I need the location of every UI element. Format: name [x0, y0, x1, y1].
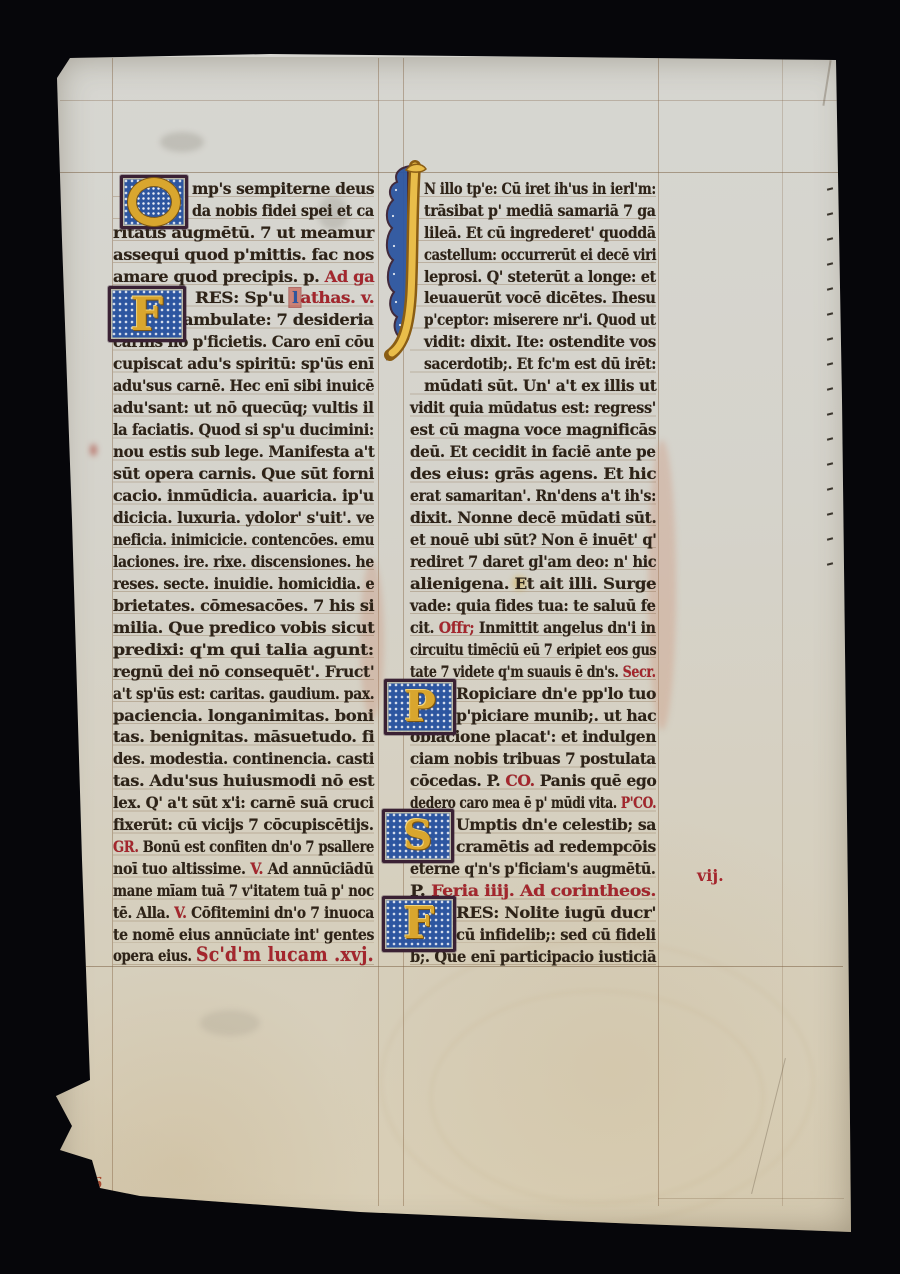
- pricking-dash: [827, 312, 833, 315]
- text-line: assequi quod p'mittis. fac nos: [113, 241, 360, 263]
- ruling-line: [782, 58, 783, 1206]
- illuminated-initial-O: [120, 175, 188, 229]
- pricking-dash: [827, 212, 833, 215]
- pricking-dash: [827, 387, 833, 390]
- text-line: fixerūt: cū vicijs 7 cōcupiscētijs.: [113, 812, 379, 834]
- manuscript-photo: mp's sempiterne deusda nobis fidei spei …: [0, 0, 900, 1274]
- stain: [160, 132, 204, 152]
- water-stain: [430, 990, 764, 1204]
- text-line: adu'sus carnē. Hec enī sibi inuicē: [113, 373, 392, 395]
- text-line: dedero caro mea ē p' mūdi vita. P'CO.: [410, 790, 721, 812]
- text-line: Ropiciare dn'e pp'lo tuo: [456, 680, 654, 702]
- scratch: [751, 1058, 786, 1194]
- initial-letter: F: [403, 902, 434, 946]
- pricking-dash: [827, 237, 833, 240]
- text-line: sūt opera carnis. Que sūt forni: [113, 460, 367, 482]
- text-line: da nobis fidei spei et ca: [192, 197, 388, 219]
- water-stain: [380, 940, 814, 1224]
- initial-letter: P: [404, 686, 436, 728]
- text-line: GR. Bonū est confiten dn'o 7 psallere: [113, 834, 423, 856]
- text-line: neficia. inimicicie. contencōes. emu: [113, 526, 411, 548]
- pricking-dash: [827, 187, 833, 190]
- text-line: cupiscat adu's spiritū: sp'ūs enī: [113, 351, 375, 373]
- text-line: et nouē ubi sūt? Non ē inuēt' q': [410, 526, 670, 548]
- text-line: lex. Q' a't sūt x'i: carnē suā cruci: [113, 790, 383, 812]
- stain: [200, 1010, 260, 1036]
- illuminated-initial-F2: F: [382, 896, 456, 952]
- text-line: opera eius. Sc'd'm lucam .xvj.: [113, 943, 416, 965]
- text-line: adu'sant: ut nō quecūq; vultis il: [113, 395, 376, 417]
- text-line: circuitu timēciū eū 7 eripiet eos gus: [410, 636, 711, 658]
- text-line: mūdati sūt. Un' a't ex illis ut: [424, 373, 659, 395]
- text-line: cū infidelib;: sed cū fideli: [456, 921, 667, 943]
- text-line: ciam nobis tribuas 7 postulata: [410, 746, 663, 768]
- pricking-dash: [827, 362, 833, 365]
- text-line: sacerdotib;. Et fc'm est dū irēt:: [424, 351, 681, 373]
- edge-crease: [822, 60, 831, 106]
- pricking-dash: [827, 487, 833, 490]
- text-line: ambulate: 7 desideria: [183, 307, 364, 329]
- illuminated-initial-F: F: [108, 286, 186, 342]
- text-line: te nomē eius annūciate int' gentes: [113, 921, 400, 943]
- ruling-line: [378, 58, 379, 1206]
- text-line: des eius: grās agens. Et hic: [410, 460, 636, 482]
- text-line: castellum: occurrerūt ei decē viri: [424, 241, 700, 263]
- text-line: mp's sempiterne deus: [192, 175, 374, 197]
- text-line: paciencia. longanimitas. boni: [113, 702, 358, 724]
- text-line: a't sp'ūs est: caritas. gaudium. pax.: [113, 680, 405, 702]
- text-line: est cū magna voce magnificās: [410, 416, 659, 438]
- text-line: dixit. Nonne decē mūdati sūt.: [410, 504, 655, 526]
- text-line: leuauerūt vocē dicētes. Ihesu: [424, 285, 668, 307]
- text-line: leprosi. Q' steterūt a longe: et: [424, 263, 672, 285]
- text-line: reses. secte. inuidie. homicidia. e: [113, 570, 389, 592]
- stain: [90, 444, 97, 456]
- pricking-dash: [827, 437, 833, 440]
- text-line: laciones. ire. rixe. discensiones. he: [113, 548, 402, 570]
- text-line: erat samaritan'. Rn'dens a't ih's:: [410, 482, 679, 504]
- text-line: vade: quia fides tua: te saluū fe: [410, 592, 670, 614]
- text-line: trāsibat p' mediā samariā 7 ga: [424, 197, 677, 219]
- text-line: vidit quia mūdatus est: regress': [410, 395, 672, 417]
- text-line: p'piciare munib;. ut hac: [456, 702, 654, 724]
- text-line: dicicia. luxuria. ydolor' s'uit'. ve: [113, 504, 376, 526]
- pricking-dash: [827, 537, 833, 540]
- text-line: rediret 7 daret gl'am deo: n' hic: [410, 548, 673, 570]
- text-line: regnū dei nō consequēt'. Fruct': [113, 658, 372, 680]
- initial-O-ring: [128, 178, 180, 226]
- text-line: des. modestia. continencia. casti: [113, 746, 384, 768]
- text-line: lileā. Et cū ingrederet' quoddā: [424, 219, 677, 241]
- text-line: RES: Nolite iugū ducr': [456, 899, 642, 921]
- illuminated-initial-P: P: [384, 679, 456, 735]
- ruling-line: [658, 1198, 844, 1199]
- text-line: brietates. cōmesacōes. 7 his si: [113, 592, 365, 614]
- text-line: noī tuo altissime. V. Ad annūciādū: [113, 855, 396, 877]
- pricking-dash: [827, 287, 833, 290]
- illuminated-initial-S: S: [382, 809, 454, 863]
- text-line: la faciatis. Quod si sp'u ducimini:: [113, 416, 390, 438]
- pricking-dash: [827, 337, 833, 340]
- illuminated-initial-I: [382, 160, 428, 372]
- text-line: cacio. inmūdicia. auaricia. ip'u: [113, 482, 368, 504]
- text-line: p'ceptor: miserere nr'i. Quod ut: [424, 307, 687, 329]
- pricking-dash: [827, 512, 833, 515]
- initial-letter: F: [131, 291, 164, 337]
- catalog-number: 71.6: [62, 1174, 104, 1197]
- manuscript-leaf: mp's sempiterne deusda nobis fidei spei …: [0, 0, 900, 1274]
- text-line: tē. Alla. V. Cōfitemini dn'o 7 inuoca: [113, 899, 405, 921]
- text-line: predixi: q'm qui talia agunt:: [113, 636, 345, 658]
- text-line: cōcedas. P. CO. Panis quē ego: [410, 768, 654, 790]
- pricking-dash: [827, 262, 833, 265]
- text-line: mane mīam tuā 7 v'itatem tuā p' noc: [113, 877, 418, 899]
- text-line: tas. benignitas. māsuetudo. fi: [113, 724, 359, 746]
- text-line: nou estis sub lege. Manifesta a't: [113, 438, 381, 460]
- text-line: milia. Que predico vobis sicut: [113, 614, 359, 636]
- text-line: RES: Sp'u lathas. v.: [195, 285, 358, 307]
- pricking-dash: [827, 412, 833, 415]
- pricking-dash: [827, 462, 833, 465]
- text-line: vidit: dixit. Ite: ostendite vos: [424, 329, 661, 351]
- text-line: Umptis dn'e celestib; sa: [456, 812, 654, 834]
- text-line: tate 7 videte q'm suauis ē dn's. Secr.: [410, 658, 712, 680]
- ruling-line: [60, 100, 840, 101]
- text-line: cit. Offr; Inmittit angelus dn'i in: [410, 614, 678, 636]
- text-line: cramētis ad redempcōis: [456, 834, 655, 856]
- initial-letter: S: [404, 816, 433, 856]
- text-line: amare quod precipis. p. Ad ga: [113, 263, 361, 285]
- text-line: tas. Adu'sus huiusmodi nō est: [113, 768, 361, 790]
- pricking-dash: [827, 562, 833, 565]
- text-line: deū. Et cecidit in faciē ante pe: [410, 438, 663, 460]
- margin-quire-mark: vij.: [697, 866, 724, 885]
- ruling-line: [60, 172, 840, 173]
- text-line: alienigena. Et ait illi. Surge: [410, 570, 638, 592]
- text-line: N illo tp'e: Cū iret ih'us in ierl'm:: [424, 175, 698, 197]
